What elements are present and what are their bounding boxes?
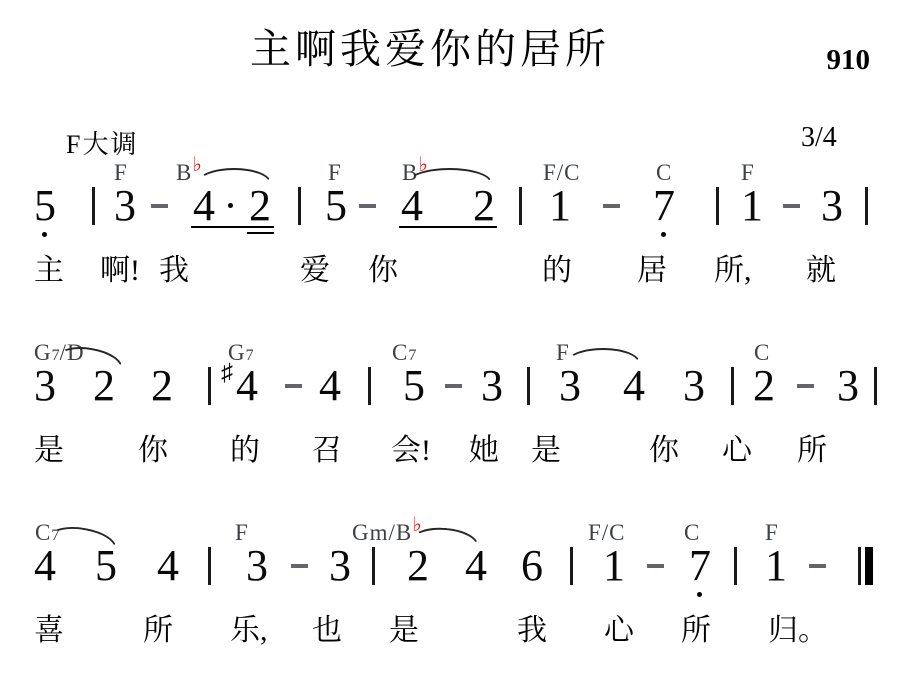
note-digit: 3 bbox=[329, 544, 351, 588]
note-digit: 3 bbox=[114, 184, 136, 228]
lyric-syllable: 乐, bbox=[230, 614, 268, 648]
music-line-2: G7/DG7C7FC 322♯445334323 是你的召会!她是你心所 bbox=[0, 342, 912, 472]
note-digit: 4 bbox=[623, 364, 645, 408]
duration-dot bbox=[228, 203, 233, 208]
lyric-syllable: 我 bbox=[517, 614, 547, 648]
beam-underline bbox=[399, 226, 497, 228]
note-digit: 2 bbox=[249, 184, 271, 228]
lyric-syllable: 是 bbox=[389, 614, 419, 648]
lyric-syllable: 就 bbox=[806, 254, 836, 288]
lyric-syllable: 所 bbox=[797, 434, 827, 468]
lyric-syllable: 主 bbox=[34, 254, 64, 288]
duration-dash bbox=[809, 564, 826, 568]
barline bbox=[208, 367, 211, 405]
duration-dash bbox=[285, 384, 302, 388]
note-digit: 5 bbox=[34, 184, 56, 228]
sharp-accidental-icon: ♯ bbox=[221, 361, 233, 385]
duration-dash bbox=[647, 564, 664, 568]
lyric-syllable: 的 bbox=[230, 434, 260, 468]
duration-dash bbox=[151, 204, 168, 208]
lyric-syllable: 也 bbox=[312, 614, 342, 648]
lyric-syllable: 我 bbox=[159, 254, 189, 288]
final-bar-thick bbox=[865, 547, 873, 585]
barline bbox=[372, 547, 375, 585]
barline bbox=[716, 187, 719, 225]
barline bbox=[519, 187, 522, 225]
barline bbox=[527, 367, 530, 405]
lyric-syllable: 的 bbox=[542, 254, 572, 288]
barline bbox=[874, 367, 877, 405]
octave-dot bbox=[42, 232, 47, 237]
barline bbox=[298, 187, 301, 225]
note-digit: 4 bbox=[157, 544, 179, 588]
barline bbox=[208, 547, 211, 585]
lyric-syllable: 心 bbox=[604, 614, 634, 648]
lyric-syllable: 爱 bbox=[300, 254, 330, 288]
duration-dash bbox=[291, 564, 308, 568]
time-signature: 3/4 bbox=[801, 122, 837, 154]
note-digit: 3 bbox=[821, 184, 843, 228]
lyric-syllable: 召 bbox=[312, 434, 342, 468]
note-digit: 1 bbox=[603, 544, 625, 588]
page-title: 主啊我爱你的居所 bbox=[0, 16, 860, 75]
slur-arc bbox=[197, 168, 271, 183]
final-barline bbox=[858, 547, 876, 585]
note-digit: 3 bbox=[246, 544, 268, 588]
note-digit: 3 bbox=[481, 364, 503, 408]
lyric-syllable: 所 bbox=[143, 614, 173, 648]
duration-dash bbox=[603, 204, 620, 208]
barline bbox=[570, 547, 573, 585]
key-signature: F大调 bbox=[66, 124, 138, 161]
note-digit: 4 bbox=[236, 364, 258, 408]
lyric-syllable: 你 bbox=[649, 434, 679, 468]
beam-underline bbox=[191, 226, 274, 228]
note-digit: 2 bbox=[473, 184, 495, 228]
note-digit: 5 bbox=[325, 184, 347, 228]
note-digit: 1 bbox=[741, 184, 763, 228]
note-digit: 4 bbox=[465, 544, 487, 588]
lyric-syllable: 所, bbox=[714, 254, 752, 288]
duration-dash bbox=[445, 384, 462, 388]
note-digit: 1 bbox=[549, 184, 571, 228]
note-digit: 4 bbox=[34, 544, 56, 588]
note-digit: 5 bbox=[95, 544, 117, 588]
note-digit: 3 bbox=[837, 364, 859, 408]
note-digit: 3 bbox=[34, 364, 56, 408]
music-line-3: C7FGm/B♭F/CCF 45433246171 喜所乐,也是我心所归。 bbox=[0, 522, 912, 652]
lyric-syllable: 居 bbox=[637, 254, 667, 288]
note-digit: 2 bbox=[93, 364, 115, 408]
slur-arc bbox=[566, 348, 640, 363]
lyric-syllable: 你 bbox=[368, 254, 398, 288]
hymn-sheet-page: 主啊我爱你的居所 910 F大调 3/4 FB♭FB♭F/CCF 5342542… bbox=[0, 0, 912, 683]
lyric-syllable: 喜 bbox=[34, 614, 64, 648]
note-digit: 3 bbox=[683, 364, 705, 408]
note-digit: 5 bbox=[403, 364, 425, 408]
barline bbox=[731, 367, 734, 405]
chord-root: Gm/B bbox=[352, 520, 412, 545]
lyric-syllable: 会! bbox=[391, 434, 431, 468]
barline bbox=[92, 187, 95, 225]
octave-dot bbox=[697, 592, 702, 597]
final-bar-thin bbox=[858, 547, 861, 585]
music-line-1: FB♭FB♭F/CCF 53425421713 主啊!我爱你的居所,就 bbox=[0, 162, 912, 292]
note-digit: 1 bbox=[765, 544, 787, 588]
note-digit: 7 bbox=[689, 544, 711, 588]
lyric-syllable: 你 bbox=[138, 434, 168, 468]
lyric-syllable: 所 bbox=[681, 614, 711, 648]
barline bbox=[865, 187, 868, 225]
lyric-syllable: 归。 bbox=[768, 614, 828, 648]
note-digit: 7 bbox=[653, 184, 675, 228]
duration-dash bbox=[783, 204, 800, 208]
note-digit: 2 bbox=[407, 544, 429, 588]
hymn-number: 910 bbox=[827, 44, 871, 77]
duration-dash bbox=[359, 204, 376, 208]
barline bbox=[368, 367, 371, 405]
barline bbox=[734, 547, 737, 585]
note-digit: 2 bbox=[151, 364, 173, 408]
lyric-syllable: 心 bbox=[722, 434, 752, 468]
note-digit: 3 bbox=[559, 364, 581, 408]
duration-dash bbox=[797, 384, 814, 388]
octave-dot bbox=[661, 232, 666, 237]
note-digit: 4 bbox=[319, 364, 341, 408]
note-digit: 6 bbox=[521, 544, 543, 588]
note-digit: 2 bbox=[753, 364, 775, 408]
lyric-syllable: 她 bbox=[469, 434, 499, 468]
beam-underline bbox=[247, 232, 274, 234]
note-digit: 4 bbox=[401, 184, 423, 228]
flat-accidental-icon: ♭ bbox=[192, 154, 201, 176]
note-digit: 4 bbox=[193, 184, 215, 228]
slur-arc bbox=[49, 522, 119, 549]
lyric-syllable: 是 bbox=[34, 434, 64, 468]
lyric-syllable: 啊! bbox=[100, 254, 140, 288]
chord-root: B bbox=[176, 160, 192, 185]
lyric-syllable: 是 bbox=[531, 434, 561, 468]
